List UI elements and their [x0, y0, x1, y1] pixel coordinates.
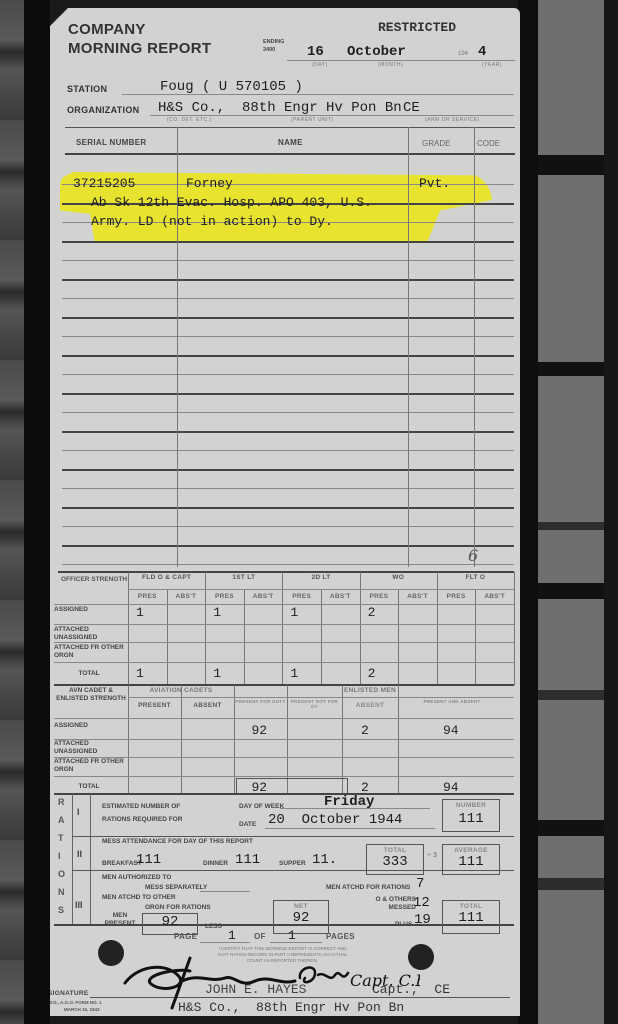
col-code: CODE: [477, 139, 500, 148]
form-title: COMPANY MORNING REPORT: [68, 20, 211, 58]
rations-number-box: NUMBER 111: [442, 799, 500, 832]
entry-grade: Pvt.: [419, 176, 450, 191]
enlisted-col-header: ABSENT: [181, 702, 234, 709]
report-month: October: [347, 44, 406, 60]
officer-cell: 1: [136, 605, 144, 620]
enlisted-row-label: ATTACHED UNASSIGNED: [54, 740, 124, 756]
entry-serial: 37215205: [73, 176, 135, 191]
ending-label: ENDING 2400: [263, 38, 284, 54]
page-number: 1: [228, 928, 236, 943]
enlisted-cell: 92: [252, 723, 268, 738]
enlisted-col-header: PRESENT: [128, 702, 181, 709]
enlisted-col-header: PRESENT FOR DUTY: [234, 699, 287, 704]
officer-group-header: 2D LT: [282, 574, 359, 581]
enlisted-col-header: PRESENT AND ABSENT: [398, 699, 506, 704]
officer-row-label: TOTAL: [54, 670, 124, 678]
mess-total-box: TOTAL 333: [366, 844, 424, 875]
officer-cell: 1: [213, 605, 221, 620]
report-day: 16: [307, 44, 324, 60]
enlisted-strength-title: AVN CADET & ENLISTED STRENGTH: [56, 687, 126, 703]
enlisted-cell: 94: [443, 723, 459, 738]
col-serial-number: SERIAL NUMBER: [76, 138, 146, 147]
station-label: STATION: [67, 84, 107, 94]
organization-value: H&S Co., 88th Engr Hv Pon Bn: [158, 100, 402, 116]
officer-cell: 2: [368, 666, 376, 681]
col-grade: GRADE: [422, 139, 450, 148]
officer-group-header: FLD O & CAPT: [128, 574, 205, 581]
entry-name: Forney: [186, 176, 233, 191]
arm-of-service: CE: [403, 100, 420, 116]
officer-group-header: FLT O: [437, 574, 514, 581]
enlisted-cell: 2: [361, 723, 369, 738]
officer-cell: 1: [136, 666, 144, 681]
officer-cell: 1: [213, 666, 221, 681]
plus-count: 19: [414, 912, 431, 928]
enlisted-col-header: PRESENT NOT FOR DY: [287, 699, 342, 709]
organization-label: ORGANIZATION: [67, 105, 139, 115]
mess-average-box: AVERAGE 111: [442, 844, 500, 875]
station-value: Foug ( U 570105 ): [160, 79, 303, 95]
svg-text:Capt. C.E.: Capt. C.E.: [350, 971, 420, 990]
officer-group-header: WO: [360, 574, 437, 581]
officer-strength-title: OFFICER STRENGTH: [60, 576, 128, 584]
film-sprocket-edge: [604, 0, 618, 1024]
officer-cell: 2: [368, 605, 376, 620]
page-total: 1: [288, 928, 296, 943]
handwritten-signature: Capt. C.E.: [120, 953, 420, 1013]
officer-group-header: 1ST LT: [205, 574, 282, 581]
breakfast-count: 111: [136, 852, 161, 868]
film-strip-right: [538, 0, 604, 1024]
film-edge-right: [518, 0, 538, 1024]
net-box: NET 92: [273, 900, 329, 934]
supper-count: 11.: [312, 852, 337, 868]
classification-stamp: RESTRICTED: [378, 20, 456, 35]
margin-mark: 6: [468, 546, 478, 565]
report-year: 4: [478, 44, 486, 60]
film-edge-left: [24, 0, 50, 1024]
enlisted-col-header: ABSENT: [342, 702, 398, 709]
others-messed: 12: [413, 895, 430, 911]
officer-cell: 1: [290, 666, 298, 681]
dinner-count: 111: [235, 852, 260, 868]
officer-row-label: ATTACHED FR OTHER ORGN: [54, 644, 124, 660]
morning-report-form: COMPANY MORNING REPORT RESTRICTED ENDING…: [50, 8, 520, 1016]
enlisted-row-label: TOTAL: [54, 783, 124, 791]
officer-row-label: ASSIGNED: [54, 606, 124, 614]
rations-date: 20 October 1944: [268, 812, 402, 828]
entry-remark-line-1: Ab Sk 12th Evac. Hosp. APO 403, U.S.: [91, 195, 372, 210]
men-atchd-for-rations: 7: [416, 876, 424, 892]
officer-cell: 1: [290, 605, 298, 620]
col-name: NAME: [278, 138, 303, 147]
enlisted-row-label: ASSIGNED: [54, 722, 124, 730]
entry-remark-line-2: Army. LD (not in action) to Dy.: [91, 214, 333, 229]
enlisted-row-label: ATTACHED FR OTHER ORGN: [54, 758, 124, 774]
rations-total-box: TOTAL 111: [442, 900, 500, 934]
officer-row-label: ATTACHED UNASSIGNED: [54, 626, 124, 642]
